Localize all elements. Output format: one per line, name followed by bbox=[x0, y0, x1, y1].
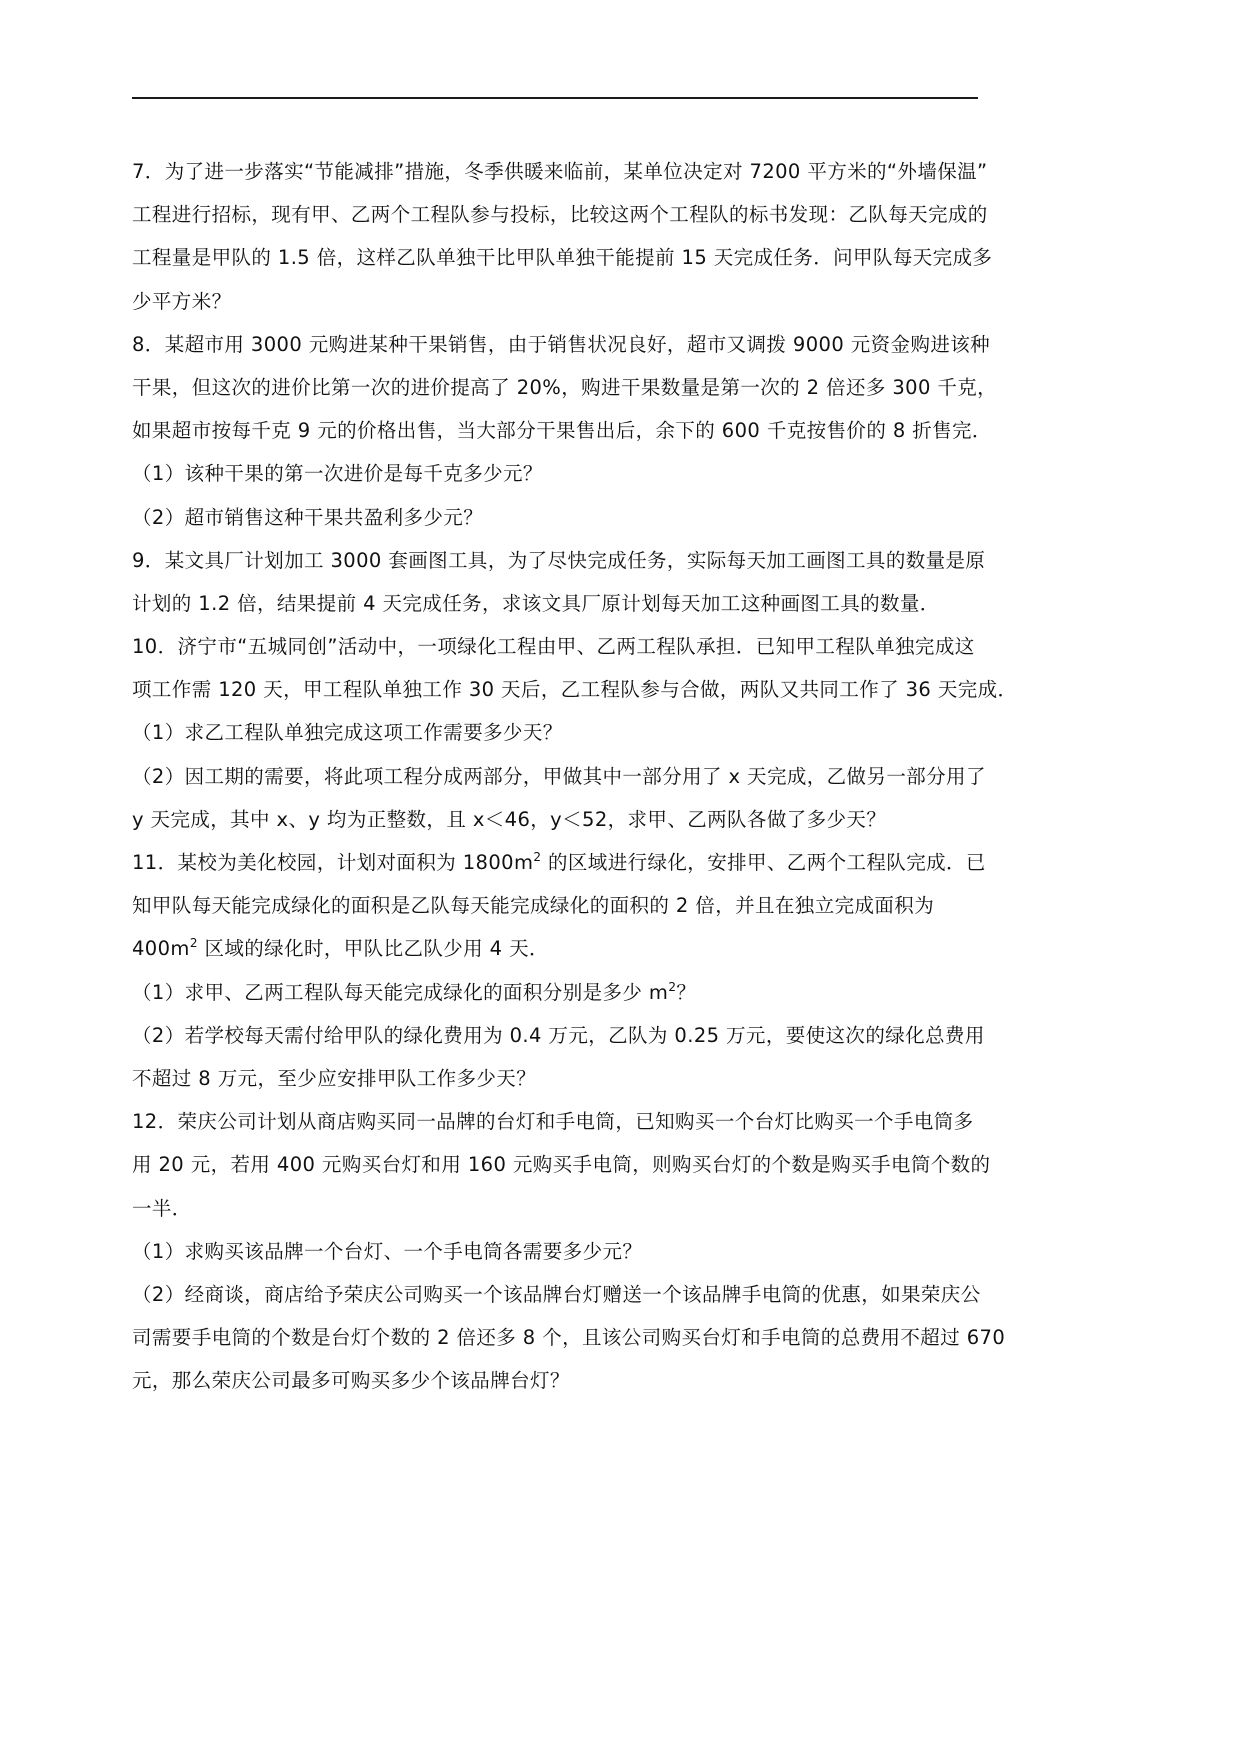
problem-12-subquestion-2: （2）经商谈，商店给予荣庆公司购买一个该品牌台灯赠送一个该品牌手电筒的优惠，如果… bbox=[132, 1273, 992, 1316]
problem-10-subquestion-2-cont: y 天完成，其中 x、y 均为正整数，且 x＜46，y＜52，求甲、乙两队各做了… bbox=[132, 798, 992, 841]
problem-9-line: 9．某文具厂计划加工 3000 套画图工具，为了尽快完成任务，实际每天加工画图工… bbox=[132, 539, 992, 582]
problem-10-subquestion-1: （1）求乙工程队单独完成这项工作需要多少天？ bbox=[132, 711, 992, 754]
document-page: 7．为了进一步落实“节能减排”措施，冬季供暖来临前，某单位决定对 7200 平方… bbox=[0, 0, 1240, 1754]
superscript: 2 bbox=[533, 850, 541, 864]
text-segment: 区域的绿化时，甲队比乙队少用 4 天． bbox=[198, 937, 549, 960]
text-segment: （2）若学校每天需付给甲队的绿化费用为 0.4 万元，乙队为 0.25 万元，要… bbox=[132, 1024, 985, 1047]
header-rule bbox=[132, 97, 978, 99]
text-segment: 知甲队每天能完成绿化的面积是乙队每天能完成绿化的面积的 2 倍，并且在独立完成面… bbox=[132, 894, 934, 917]
text-segment: （1）求甲、乙两工程队每天能完成绿化的面积分别是多少 m bbox=[132, 981, 668, 1004]
problem-12-subquestion-2-cont: 元，那么荣庆公司最多可购买多少个该品牌台灯？ bbox=[132, 1359, 992, 1402]
problem-9: 9．某文具厂计划加工 3000 套画图工具，为了尽快完成任务，实际每天加工画图工… bbox=[132, 539, 992, 625]
problem-8-line: 干果，但这次的进价比第一次的进价提高了 20%，购进干果数量是第一次的 2 倍还… bbox=[132, 366, 992, 409]
text-segment: 的区域进行绿化，安排甲、乙两个工程队完成．已 bbox=[541, 851, 985, 874]
text-segment: ？ bbox=[676, 981, 696, 1004]
text-segment: 不超过 8 万元，至少应安排甲队工作多少天？ bbox=[132, 1067, 536, 1090]
problem-list: 7．为了进一步落实“节能减排”措施，冬季供暖来临前，某单位决定对 7200 平方… bbox=[132, 150, 992, 1402]
problem-11-subquestion-2-cont: 不超过 8 万元，至少应安排甲队工作多少天？ bbox=[132, 1057, 992, 1100]
problem-10: 10．济宁市“五城同创”活动中，一项绿化工程由甲、乙两工程队承担．已知甲工程队单… bbox=[132, 625, 992, 841]
superscript: 2 bbox=[190, 936, 198, 950]
text-segment: 400m bbox=[132, 937, 190, 960]
problem-9-line: 计划的 1.2 倍，结果提前 4 天完成任务，求该文具厂原计划每天加工这种画图工… bbox=[132, 582, 992, 625]
problem-7-line: 少平方米？ bbox=[132, 280, 992, 323]
problem-12-line: 用 20 元，若用 400 元购买台灯和用 160 元购买手电筒，则购买台灯的个… bbox=[132, 1143, 992, 1186]
problem-11: 11．某校为美化校园，计划对面积为 1800m2 的区域进行绿化，安排甲、乙两个… bbox=[132, 841, 992, 1100]
problem-12: 12．荣庆公司计划从商店购买同一品牌的台灯和手电筒，已知购买一个台灯比购买一个手… bbox=[132, 1100, 992, 1402]
problem-8-line: 如果超市按每千克 9 元的价格出售，当大部分干果售出后，余下的 600 千克按售… bbox=[132, 409, 992, 452]
problem-8-line: 8．某超市用 3000 元购进某种干果销售，由于销售状况良好，超市又调拨 900… bbox=[132, 323, 992, 366]
problem-7-line: 工程进行招标，现有甲、乙两个工程队参与投标，比较这两个工程队的标书发现：乙队每天… bbox=[132, 193, 992, 236]
problem-12-line: 一半． bbox=[132, 1187, 992, 1230]
superscript: 2 bbox=[668, 980, 676, 994]
problem-12-line: 12．荣庆公司计划从商店购买同一品牌的台灯和手电筒，已知购买一个台灯比购买一个手… bbox=[132, 1100, 992, 1143]
problem-7-line: 7．为了进一步落实“节能减排”措施，冬季供暖来临前，某单位决定对 7200 平方… bbox=[132, 150, 992, 193]
problem-7: 7．为了进一步落实“节能减排”措施，冬季供暖来临前，某单位决定对 7200 平方… bbox=[132, 150, 992, 323]
problem-11-subquestion-2: （2）若学校每天需付给甲队的绿化费用为 0.4 万元，乙队为 0.25 万元，要… bbox=[132, 1014, 992, 1057]
problem-10-line: 项工作需 120 天，甲工程队单独工作 30 天后，乙工程队参与合做，两队又共同… bbox=[132, 668, 992, 711]
problem-10-subquestion-2: （2）因工期的需要，将此项工程分成两部分，甲做其中一部分用了 x 天完成，乙做另… bbox=[132, 755, 992, 798]
problem-7-line: 工程量是甲队的 1.5 倍，这样乙队单独干比甲队单独干能提前 15 天完成任务．… bbox=[132, 236, 992, 279]
problem-10-line: 10．济宁市“五城同创”活动中，一项绿化工程由甲、乙两工程队承担．已知甲工程队单… bbox=[132, 625, 992, 668]
problem-11-subquestion-1: （1）求甲、乙两工程队每天能完成绿化的面积分别是多少 m2？ bbox=[132, 971, 992, 1014]
problem-12-subquestion-1: （1）求购买该品牌一个台灯、一个手电筒各需要多少元？ bbox=[132, 1230, 992, 1273]
problem-8-subquestion-1: （1）该种干果的第一次进价是每千克多少元？ bbox=[132, 452, 992, 495]
problem-11-line: 知甲队每天能完成绿化的面积是乙队每天能完成绿化的面积的 2 倍，并且在独立完成面… bbox=[132, 884, 992, 927]
problem-11-line: 11．某校为美化校园，计划对面积为 1800m2 的区域进行绿化，安排甲、乙两个… bbox=[132, 841, 992, 884]
problem-12-subquestion-2-cont: 司需要手电筒的个数是台灯个数的 2 倍还多 8 个，且该公司购买台灯和手电筒的总… bbox=[132, 1316, 992, 1359]
problem-11-line: 400m2 区域的绿化时，甲队比乙队少用 4 天． bbox=[132, 927, 992, 970]
problem-8-subquestion-2: （2）超市销售这种干果共盈利多少元？ bbox=[132, 496, 992, 539]
problem-8: 8．某超市用 3000 元购进某种干果销售，由于销售状况良好，超市又调拨 900… bbox=[132, 323, 992, 539]
text-segment: 11．某校为美化校园，计划对面积为 1800m bbox=[132, 851, 533, 874]
